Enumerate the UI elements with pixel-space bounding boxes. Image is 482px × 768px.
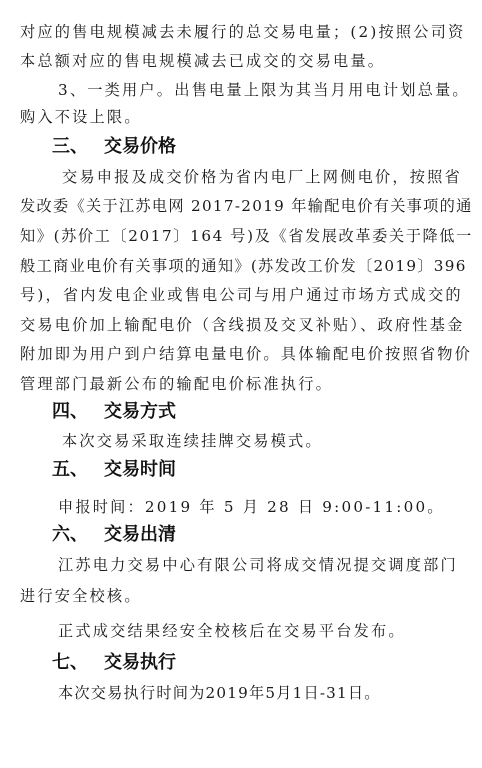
body-text-line: 交易电价加上输配电价（含线损及交叉补贴）、政府性基金 xyxy=(20,315,464,335)
section-title: 交易方式 xyxy=(104,401,176,422)
body-text-line: 管理部门最新公布的输配电价标准执行。 xyxy=(20,374,333,394)
body-text-line: 本总额对应的售电规模减去已成交的交易电量。 xyxy=(20,51,385,71)
body-text-line: 本次交易采取连续挂牌交易模式。 xyxy=(62,431,323,451)
body-text-line: 附加即为用户到户结算电量电价。具体输配电价按照省物价 xyxy=(20,344,472,364)
section-heading-execution: 七、交易执行 xyxy=(52,652,176,674)
section-number: 四、 xyxy=(52,401,104,423)
body-text-line: 般工商业电价有关事项的通知》(苏发改工价发〔2019〕396 xyxy=(20,256,467,276)
body-text-line: 购入不设上限。 xyxy=(20,107,142,127)
section-number: 六、 xyxy=(52,524,104,546)
body-text-line: 交易申报及成交价格为省内电厂上网侧电价，按照省 xyxy=(62,167,462,187)
section-number: 七、 xyxy=(52,652,104,674)
body-text-line: 江苏电力交易中心有限公司将成交情况提交调度部门 xyxy=(58,555,458,575)
section-heading-time: 五、交易时间 xyxy=(52,459,176,481)
body-text-line: 号)，省内发电企业或售电公司与用户通过市场方式成交的 xyxy=(20,285,463,305)
section-title: 交易出清 xyxy=(104,524,176,545)
body-text-line: 正式成交结果经安全校核后在交易平台发布。 xyxy=(58,621,406,641)
section-number: 三、 xyxy=(52,136,104,158)
section-heading-clearing: 六、交易出清 xyxy=(52,524,176,546)
body-text-line: 本次交易执行时间为2019年5月1日-31日。 xyxy=(58,683,381,703)
body-text-line: 对应的售电规模减去未履行的总交易电量；(2)按照公司资 xyxy=(20,22,465,42)
body-text-line: 知》(苏价工〔2017〕164 号)及《省发展改革委关于降低一 xyxy=(20,226,473,246)
body-text-line: 申报时间：2019 年 5 月 28 日 9:00-11:00。 xyxy=(58,497,445,517)
body-text-line: 发改委《关于江苏电网 2017-2019 年输配电价有关事项的通 xyxy=(20,196,473,216)
body-text-line: 进行安全校核。 xyxy=(20,586,142,606)
section-heading-price: 三、交易价格 xyxy=(52,136,176,158)
section-title: 交易价格 xyxy=(104,136,176,157)
body-text-line: 3、一类用户。出售电量上限为其当月用电计划总量。 xyxy=(58,80,470,100)
section-heading-method: 四、交易方式 xyxy=(52,401,176,423)
section-number: 五、 xyxy=(52,459,104,481)
section-title: 交易执行 xyxy=(104,652,176,673)
section-title: 交易时间 xyxy=(104,459,176,480)
